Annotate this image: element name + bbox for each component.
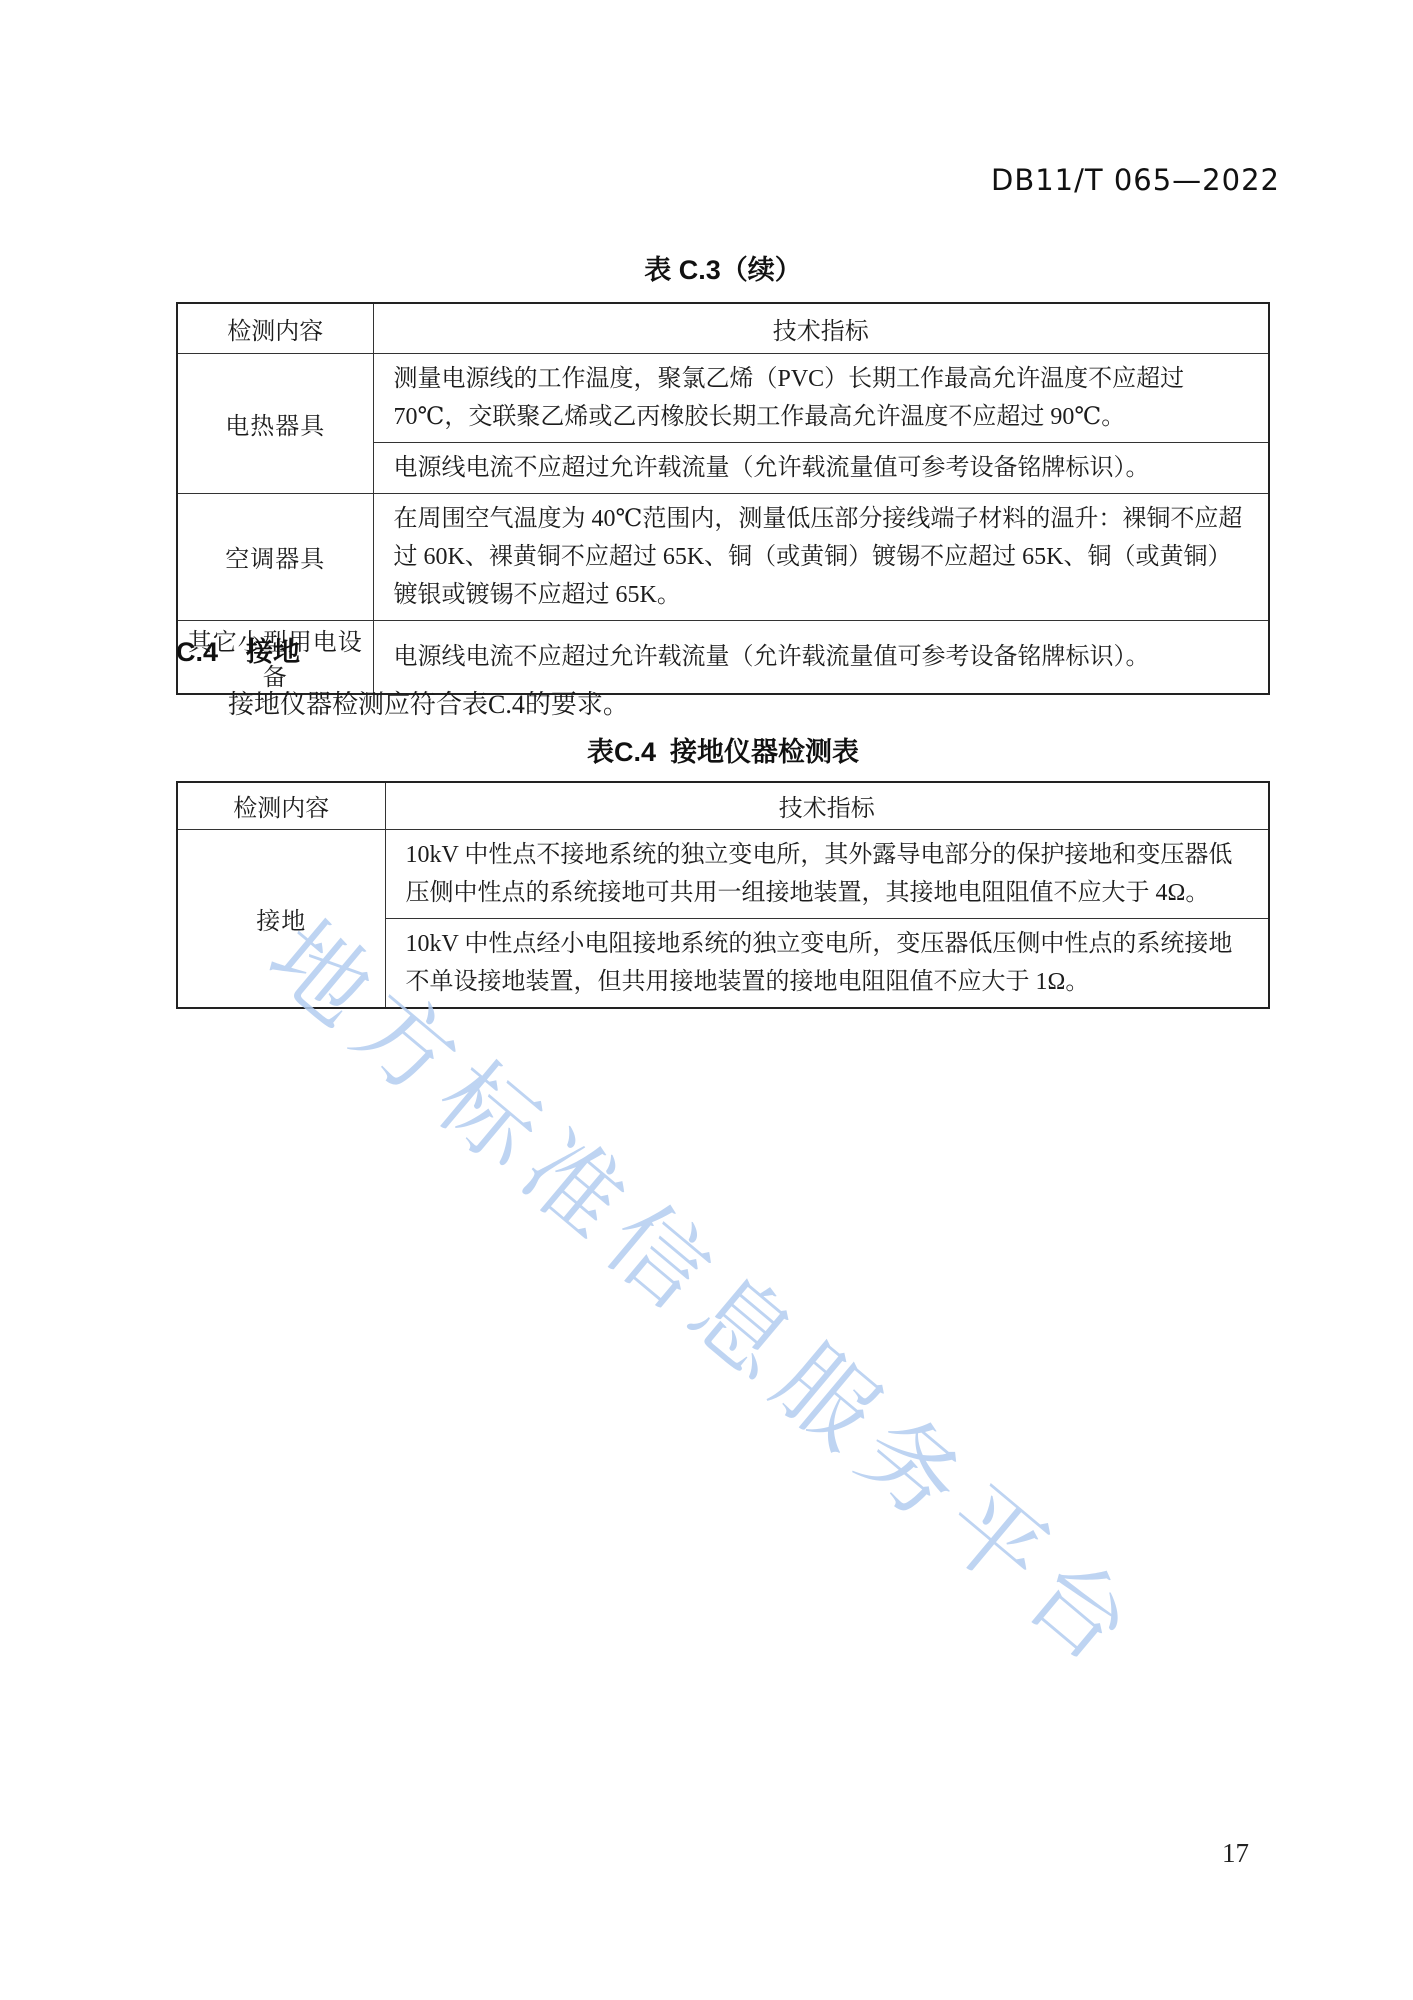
document-page: DB11/T 065—2022 表 C.3（续） 检测内容 技术指标 电热器具 … <box>0 0 1413 2000</box>
table-c3-row1-spec2: 电源线电流不应超过允许载流量（允许载流量值可参考设备铭牌标识）。 <box>373 442 1269 493</box>
table-c4-col-header-content: 检测内容 <box>177 782 385 829</box>
table-row: 电热器具 测量电源线的工作温度，聚氯乙烯（PVC）长期工作最高允许温度不应超过 … <box>177 353 1269 442</box>
table-c3-col-header-content: 检测内容 <box>177 303 373 353</box>
table-c4-header-row: 检测内容 技术指标 <box>177 782 1269 829</box>
table-row: 接地 10kV 中性点不接地系统的独立变电所，其外露导电部分的保护接地和变压器低… <box>177 829 1269 918</box>
table-c4-row1-spec1: 10kV 中性点不接地系统的独立变电所，其外露导电部分的保护接地和变压器低压侧中… <box>385 829 1269 918</box>
table-c3-title: 表 C.3（续） <box>176 248 1270 287</box>
table-c3-header-row: 检测内容 技术指标 <box>177 303 1269 353</box>
table-c3-row1-name: 电热器具 <box>177 353 373 493</box>
section-title: 接地 <box>246 637 300 667</box>
table-c4: 检测内容 技术指标 接地 10kV 中性点不接地系统的独立变电所，其外露导电部分… <box>176 781 1270 1009</box>
page-number: 17 <box>1222 1838 1249 1869</box>
table-c4-col-header-spec: 技术指标 <box>385 782 1269 829</box>
table-c4-row1-spec2: 10kV 中性点经小电阻接地系统的独立变电所，变压器低压侧中性点的系统接地不单设… <box>385 918 1269 1008</box>
table-c4-title-text: 接地仪器检测表 <box>670 737 859 767</box>
table-row: 空调器具 在周围空气温度为 40℃范围内，测量低压部分接线端子材料的温升：裸铜不… <box>177 493 1269 620</box>
standard-number-header: DB11/T 065—2022 <box>991 163 1280 197</box>
section-c4-heading: C.4接地 <box>176 630 300 669</box>
table-row: 其它小型用电设备 电源线电流不应超过允许载流量（允许载流量值可参考设备铭牌标识）… <box>177 620 1269 694</box>
table-c4-row1-name: 接地 <box>177 829 385 1008</box>
table-c3-col-header-spec: 技术指标 <box>373 303 1269 353</box>
section-c4-paragraph: 接地仪器检测应符合表C.4的要求。 <box>176 684 1270 721</box>
table-c4-title: 表C.4接地仪器检测表 <box>176 730 1270 769</box>
table-c3-row2-spec1: 在周围空气温度为 40℃范围内，测量低压部分接线端子材料的温升：裸铜不应超过 6… <box>373 493 1269 620</box>
table-c3-row1-spec1: 测量电源线的工作温度，聚氯乙烯（PVC）长期工作最高允许温度不应超过 70℃，交… <box>373 353 1269 442</box>
table-c3-row2-name: 空调器具 <box>177 493 373 620</box>
table-c3-row3-spec1: 电源线电流不应超过允许载流量（允许载流量值可参考设备铭牌标识）。 <box>373 620 1269 694</box>
table-c4-title-number: 表C.4 <box>587 737 656 767</box>
section-number: C.4 <box>176 637 218 667</box>
table-c3: 检测内容 技术指标 电热器具 测量电源线的工作温度，聚氯乙烯（PVC）长期工作最… <box>176 302 1270 695</box>
